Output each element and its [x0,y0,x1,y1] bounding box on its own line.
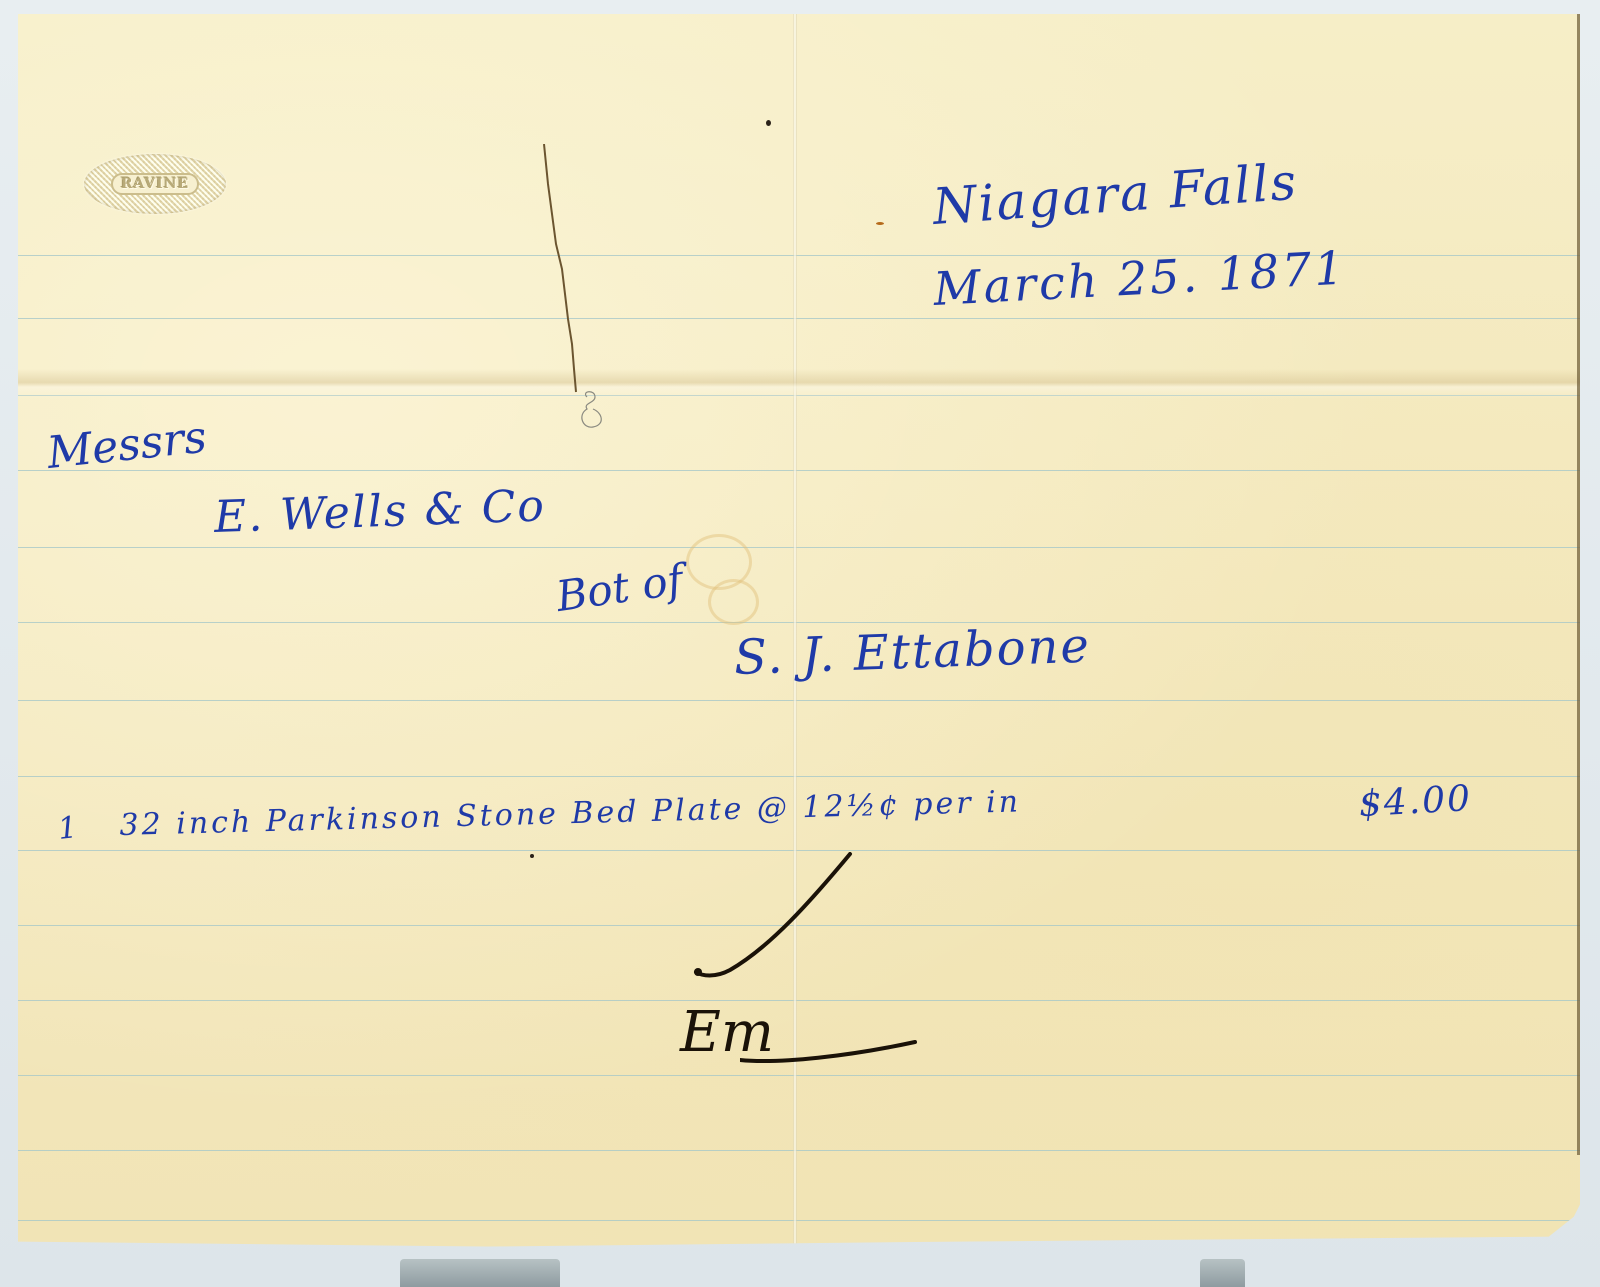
line-item-quantity: 1 [56,810,79,847]
ink-dot [530,854,534,858]
scanner-clip [400,1259,560,1287]
paper-tear [538,144,598,394]
stamp-text: RAVINE [111,173,199,195]
signature-flourish [740,1030,920,1070]
scanner-clip [1200,1259,1245,1287]
ruled-line [18,1150,1580,1151]
pencil-doodle [573,389,613,434]
ink-stain [708,579,759,625]
settlement-stroke [690,852,860,982]
ruled-line [18,1000,1580,1001]
ruled-line [18,318,1580,319]
ruled-line [18,622,1580,623]
horizontal-fold-crease [18,369,1580,399]
ruled-line [18,1220,1580,1221]
embossed-stamp: RAVINE [84,154,226,214]
paper-edge [1577,14,1580,1155]
rust-spot [876,222,884,225]
ruled-line [18,470,1580,471]
line-item-amount: $4.00 [1358,778,1473,825]
ruled-line [18,850,1580,851]
ink-dot [766,120,771,126]
ruled-line [18,700,1580,701]
ruled-line [18,1075,1580,1076]
ruled-line [18,776,1580,777]
ruled-line [18,547,1580,548]
